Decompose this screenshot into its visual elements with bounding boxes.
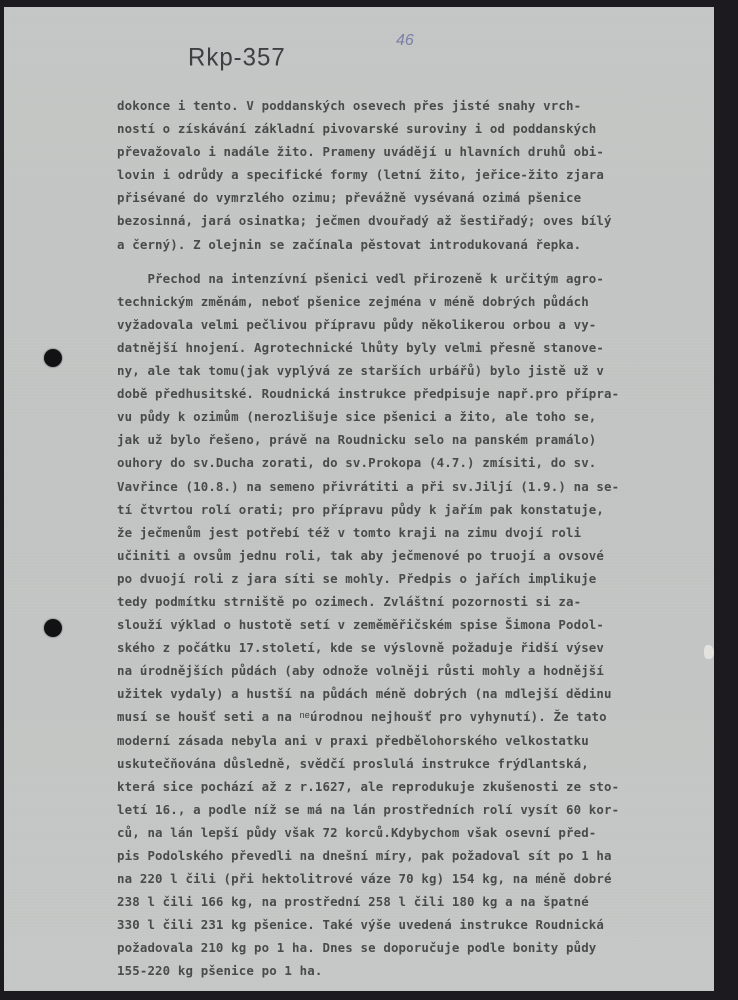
- text-line: učiniti a ovsům jednu roli, tak aby ječm…: [117, 544, 717, 567]
- text-line: 330 l čili 231 kg pšenice. Také výše uve…: [117, 913, 717, 936]
- text-line: Přechod na intenzívní pšenici vedl přiro…: [117, 267, 717, 290]
- text-line: Vavřince (10.8.) na semeno přivrátiti a …: [117, 475, 717, 498]
- text-line: 155-220 kg pšenice po 1 ha.: [117, 959, 717, 982]
- text-line: lovin i odrůdy a specifické formy (letní…: [117, 163, 717, 186]
- text-line: době předhusitské. Roudnická instrukce p…: [117, 382, 717, 405]
- text-line: letí 16., a podle níž se má na lán prost…: [117, 798, 717, 821]
- text-line: dokonce i tento. V poddanských osevech p…: [117, 94, 717, 117]
- text-line: musí se houšť seti a na neúrodnou nejhou…: [117, 705, 717, 728]
- text-line: slouží výklad o hustotě setí v zeměměřič…: [117, 613, 717, 636]
- text-line: přisévané do vymrzlého ozimu; převážně v…: [117, 186, 717, 209]
- text-line: po dvuojí roli z jara síti se mohly. Pře…: [117, 567, 717, 590]
- typewritten-body: dokonce i tento. V poddanských osevech p…: [117, 94, 717, 983]
- text-line: pis Podolského převedli na dnešní míry, …: [117, 844, 717, 867]
- text-line: ny, ale tak tomu(jak vyplývá ze starších…: [117, 359, 717, 382]
- text-line: vyžadovala velmi pečlivou přípravu půdy …: [117, 313, 717, 336]
- text-line: ností o získávání základní pivovarské su…: [117, 117, 717, 140]
- text-line: datnější hnojení. Agrotechnické lhůty by…: [117, 336, 717, 359]
- handwritten-page-number: 46: [396, 32, 414, 50]
- text-line: na úrodnějších půdách (aby odnože volněj…: [117, 659, 717, 682]
- text-line: 238 l čili 166 kg, na prostřední 258 l č…: [117, 890, 717, 913]
- paragraph: Přechod na intenzívní pšenici vedl přiro…: [117, 267, 717, 983]
- text-line: tedy podmítku strniště po ozimech. Zvláš…: [117, 590, 717, 613]
- binder-hole-icon: [44, 349, 62, 367]
- text-line: převažovalo i nadále žito. Prameny uvádě…: [117, 140, 717, 163]
- text-line: na 220 l čili (při hektolitrové váze 70 …: [117, 867, 717, 890]
- text-line: ského z počátku 17.století, kde se výslo…: [117, 636, 717, 659]
- binder-hole-icon: [44, 619, 62, 637]
- text-line: vu půdy k ozimům (nerozlišuje sice pšeni…: [117, 405, 717, 428]
- text-line: ců, na lán lepší půdy však 72 korců.Kdyb…: [117, 821, 717, 844]
- text-line: tí čtvrtou rolí orati; pro přípravu půdy…: [117, 498, 717, 521]
- text-line: jak už bylo řešeno, právě na Roudnicku s…: [117, 428, 717, 451]
- text-line: užitek vydaly) a hustší na půdách méně d…: [117, 682, 717, 705]
- text-line: uskutečňována důsledně, svědčí proslulá …: [117, 752, 717, 775]
- text-line: technickým změnám, neboť pšenice zejména…: [117, 290, 717, 313]
- paragraph-spacing: [117, 256, 717, 267]
- text-line: která sice pochází až z r.1627, ale repr…: [117, 775, 717, 798]
- text-line: a černý). Z olejnin se začínala pěstovat…: [117, 233, 717, 256]
- text-line: bezosinná, jará osinatka; ječmen dvouřad…: [117, 209, 717, 232]
- paragraph: dokonce i tento. V poddanských osevech p…: [117, 94, 717, 256]
- text-line: požadovala 210 kg po 1 ha. Dnes se dopor…: [117, 936, 717, 959]
- handwritten-insertion: ne: [300, 710, 310, 720]
- archive-reference: Rkp-357: [188, 43, 286, 72]
- text-line: ouhory do sv.Ducha zorati, do sv.Prokopa…: [117, 451, 717, 474]
- text-line: moderní zásada nebyla ani v praxi předbě…: [117, 729, 717, 752]
- text-line: že ječmenům jest potřebí též v tomto kra…: [117, 521, 717, 544]
